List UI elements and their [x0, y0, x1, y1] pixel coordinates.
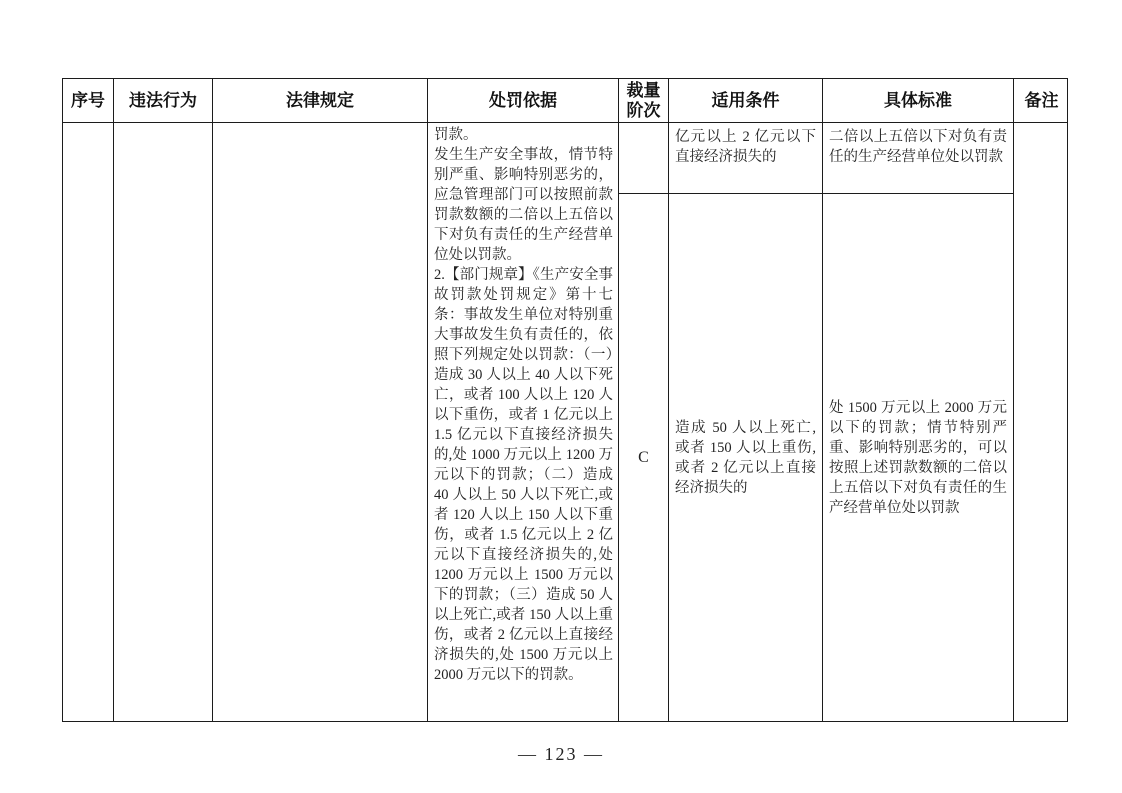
cell-applicable-condition-row1: 亿元以上 2 亿元以下直接经济损失的	[669, 123, 822, 194]
column-applicable-condition: 亿元以上 2 亿元以下直接经济损失的 造成 50 人以上死亡,或者 150 人以…	[669, 123, 823, 721]
header-punishment-basis: 处罚依据	[428, 79, 619, 122]
table-header-row: 序号 违法行为 法律规定 处罚依据 裁量阶次 适用条件 具体标准 备注	[63, 79, 1067, 123]
header-applicable-condition: 适用条件	[669, 79, 823, 122]
header-discretion-grade: 裁量阶次	[619, 79, 669, 122]
cell-remarks	[1014, 123, 1069, 721]
header-illegal-behavior: 违法行为	[114, 79, 213, 122]
cell-discretion-grade-row1	[619, 123, 668, 194]
punishment-basis-paragraph-1: 罚款。	[434, 125, 613, 145]
column-specific-standard: 二倍以上五倍以下对负有责任的生产经营单位处以罚款 处 1500 万元以上 200…	[823, 123, 1014, 721]
header-legal-provision: 法律规定	[213, 79, 428, 122]
page-number: — 123 —	[0, 744, 1122, 765]
applicable-condition-text: 造成 50 人以上死亡,或者 150 人以上重伤,或者 2 亿元以上直接经济损失…	[675, 418, 816, 498]
specific-standard-text: 处 1500 万元以上 2000 万元以下的罚款；情节特别严重、影响特别恶劣的，…	[829, 398, 1007, 518]
document-page: 序号 违法行为 法律规定 处罚依据 裁量阶次 适用条件 具体标准 备注 罚款。 …	[0, 0, 1122, 793]
cell-applicable-condition-row2: 造成 50 人以上死亡,或者 150 人以上重伤,或者 2 亿元以上直接经济损失…	[669, 194, 822, 721]
penalty-standards-table: 序号 违法行为 法律规定 处罚依据 裁量阶次 适用条件 具体标准 备注 罚款。 …	[62, 78, 1068, 722]
column-discretion-grade: C	[619, 123, 669, 721]
cell-illegal-behavior	[114, 123, 213, 721]
header-serial-number: 序号	[63, 79, 114, 122]
table-body-row: 罚款。 发生生产安全事故，情节特别严重、影响特别恶劣的，应急管理部门可以按照前款…	[63, 123, 1067, 721]
discretion-grade-value: C	[638, 449, 649, 467]
cell-punishment-basis: 罚款。 发生生产安全事故，情节特别严重、影响特别恶劣的，应急管理部门可以按照前款…	[428, 123, 619, 721]
cell-discretion-grade-row2: C	[619, 194, 668, 721]
cell-specific-standard-row1: 二倍以上五倍以下对负有责任的生产经营单位处以罚款	[823, 123, 1013, 194]
cell-legal-provision	[213, 123, 428, 721]
cell-serial-number	[63, 123, 114, 721]
cell-specific-standard-row2: 处 1500 万元以上 2000 万元以下的罚款；情节特别严重、影响特别恶劣的，…	[823, 194, 1013, 721]
header-remarks: 备注	[1014, 79, 1069, 122]
punishment-basis-paragraph-3: 2.【部门规章】《生产安全事故罚款处罚规定》第十七条：事故发生单位对特别重大事故…	[434, 265, 613, 685]
header-specific-standard: 具体标准	[823, 79, 1014, 122]
punishment-basis-paragraph-2: 发生生产安全事故，情节特别严重、影响特别恶劣的，应急管理部门可以按照前款罚款数额…	[434, 145, 613, 265]
